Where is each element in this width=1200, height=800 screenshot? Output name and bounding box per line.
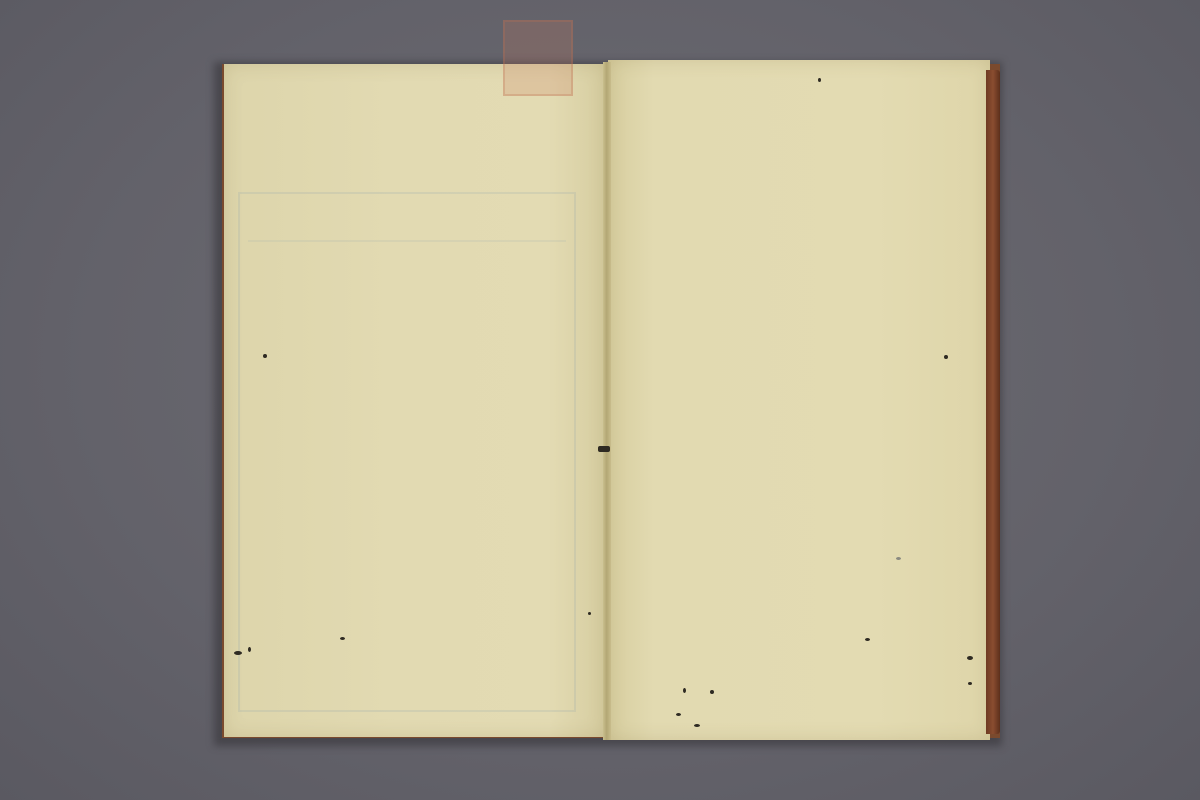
speck: [676, 713, 681, 716]
speck: [340, 637, 345, 640]
speck: [896, 557, 901, 560]
speck: [683, 688, 686, 693]
right-page: [608, 60, 990, 740]
speck: [967, 656, 973, 660]
binding-thread: [598, 446, 610, 452]
show-through-frame: [238, 192, 576, 712]
collection-seal: faint reddish collection seal at top cen…: [503, 20, 573, 96]
speck: [710, 690, 714, 694]
speck: [694, 724, 700, 727]
book-edge-right: [986, 70, 1000, 734]
show-through-line: [248, 200, 566, 242]
speck: [944, 355, 948, 359]
speck: [234, 651, 242, 655]
speck: [588, 612, 591, 615]
speck: [968, 682, 972, 685]
book-gutter: [603, 62, 611, 740]
speck: [248, 647, 251, 652]
speck: [865, 638, 870, 641]
speck: [263, 354, 267, 358]
speck: [818, 78, 821, 82]
